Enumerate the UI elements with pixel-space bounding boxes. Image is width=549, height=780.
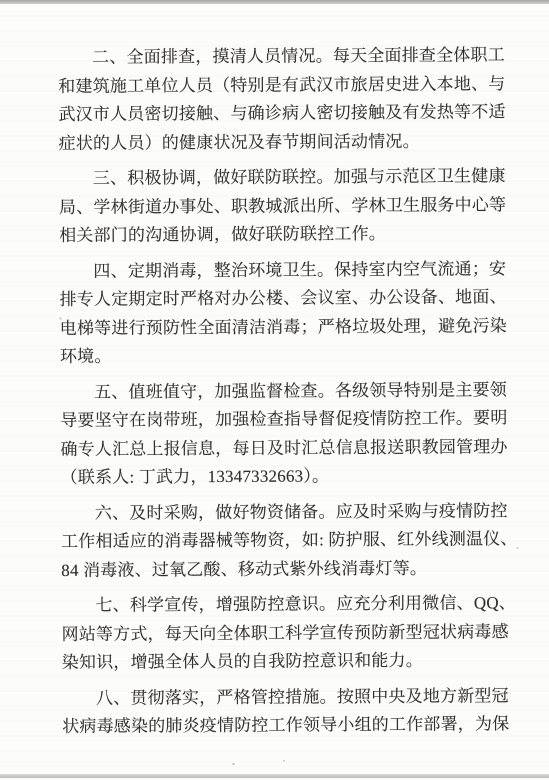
scan-edge-bottom: [0, 774, 549, 778]
text-line: 和建筑施工单位人员（特别是有武汉市旅居史进入本地、与: [58, 70, 510, 101]
paragraph-item-3: 三、积极协调，做好联防联控。加强与示范区卫生健康局、学林街道办事处、职教城派出所…: [59, 162, 512, 250]
text-line: 工作相适应的消毒器械等物资，如: 防护服、红外线测温仪、: [61, 525, 513, 556]
text-line: 导要坚守在岗带班，加强检查指导督促疫情防控工作。要明: [60, 404, 512, 435]
text-line: 84 消毒液、过氧乙酸、移动式紫外线消毒灯等。: [61, 554, 513, 585]
text-line: 局、学林街道办事处、职教城派出所、学林卫生服务中心等: [59, 191, 511, 222]
text-line: 二、全面排查，摸清人员情况。每天全面排查全体职工: [58, 41, 510, 72]
text-line: 五、值班值守，加强监督检查。各级领导特别是主要领: [60, 376, 512, 407]
text-line: 状病毒感染的肺炎疫情防控工作领导小组的工作部署，为保: [62, 710, 514, 741]
paragraph-item-4: 四、定期消毒，整治环境卫生。保持室内空气流通；安排专人定期定时严格对办公楼、会议…: [59, 255, 512, 372]
text-line: 六、及时采购，做好物资储备。应及时采购与疫情防控: [61, 497, 513, 528]
scanned-document-page: 二、全面排查，摸清人员情况。每天全面排查全体职工和建筑施工单位人员（特别是有武汉…: [0, 0, 549, 780]
text-line: 环境。: [60, 340, 512, 371]
scan-speck: [283, 760, 285, 762]
text-line: 三、积极协调，做好联防联控。加强与示范区卫生健康: [59, 162, 511, 193]
paragraph-item-2: 二、全面排查，摸清人员情况。每天全面排查全体职工和建筑施工单位人员（特别是有武汉…: [58, 41, 511, 158]
text-line: 网站等方式，每天向全体职工科学宣传预防新型冠状病毒感: [62, 618, 514, 649]
text-line: 症状的人员）的健康状况及春节期间活动情况。: [59, 127, 511, 158]
scan-edge-top: [0, 0, 549, 4]
text-line: 武汉市人员密切接触、与确诊病人密切接触及有发热等不适: [58, 98, 510, 129]
scan-speck: [232, 763, 235, 765]
paragraph-item-7: 七、科学宣传，增强防控意识。应充分利用微信、QQ、网站等方式，每天向全体职工科学…: [61, 589, 514, 677]
document-body: 二、全面排查，摸清人员情况。每天全面排查全体职工和建筑施工单位人员（特别是有武汉…: [58, 41, 514, 741]
text-line: 八、贯彻落实，严格管控措施。按照中央及地方新型冠: [62, 682, 514, 713]
text-line: 染知识，增强全体人员的自我防控意识和能力。: [62, 646, 514, 677]
text-line: 排专人定期定时严格对办公楼、会议室、办公设备、地面、: [59, 283, 511, 314]
text-line: 电梯等进行预防性全面清洁消毒；严格垃圾处理，避免污染: [60, 312, 512, 343]
text-line: 确专人汇总上报信息，每日及时汇总信息报送职教园管理办: [60, 433, 512, 464]
paragraph-item-6: 六、及时采购，做好物资储备。应及时采购与疫情防控工作相适应的消毒器械等物资，如:…: [61, 497, 514, 585]
text-line: 七、科学宣传，增强防控意识。应充分利用微信、QQ、: [61, 589, 513, 620]
text-line: （联系人: 丁武力，13347332663）。: [61, 461, 513, 492]
paragraph-item-5: 五、值班值守，加强监督检查。各级领导特别是主要领导要坚守在岗带班，加强检查指导督…: [60, 376, 513, 493]
text-line: 四、定期消毒，整治环境卫生。保持室内空气流通；安: [59, 255, 511, 286]
text-line: 相关部门的沟通协调，做好联防联控工作。: [59, 219, 511, 250]
paragraph-item-8: 八、贯彻落实，严格管控措施。按照中央及地方新型冠状病毒感染的肺炎疫情防控工作领导…: [62, 682, 514, 742]
